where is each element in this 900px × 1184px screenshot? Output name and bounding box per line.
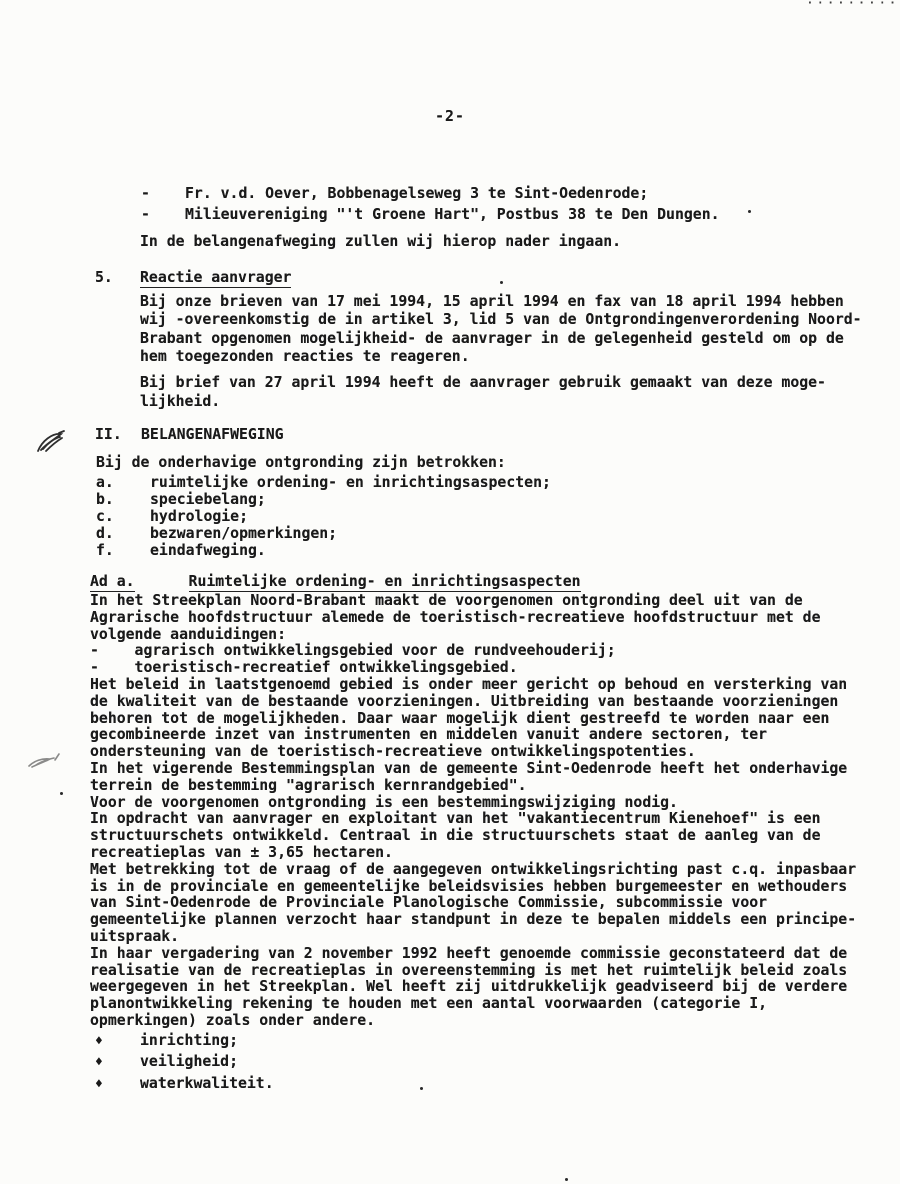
text-line: Met betrekking tot de vraag of de aangeg…: [90, 862, 856, 879]
note-line: In de belangenafweging zullen wij hierop…: [140, 233, 621, 250]
scan-speck: [565, 1178, 568, 1181]
text-line: Het beleid in laatstgenoemd gebied is on…: [90, 677, 856, 694]
text-line: hem toegezonden reacties te reageren.: [140, 348, 862, 366]
diamond-bullet-icon: ♦: [95, 1075, 140, 1095]
list-item: d.bezwaren/opmerkingen;: [96, 525, 551, 542]
text-line: Agrarische hoofdstructuur alemede de toe…: [90, 610, 856, 627]
ad-a-label: Ad a.: [90, 573, 135, 592]
dash-marker: -: [141, 204, 185, 225]
list-item-text: speciebelang;: [150, 491, 266, 508]
list-item: c.hydrologie;: [96, 508, 551, 525]
section-number: II.: [95, 426, 141, 443]
section-5-paragraph-1: Bij onze brieven van 17 mei 1994, 15 apr…: [140, 293, 862, 367]
corner-dotted-line: ·········: [806, 0, 899, 11]
text-line: realisatie van de recreatieplas in overe…: [90, 963, 856, 980]
list-item: b.speciebelang;: [96, 491, 551, 508]
list-item: -Milieuvereniging "'t Groene Hart", Post…: [141, 204, 720, 225]
list-item: a.ruimtelijke ordening- en inrichtingsas…: [96, 474, 551, 491]
text-line: van Sint-Oedenrode de Provinciale Planol…: [90, 895, 856, 912]
list-item: -Fr. v.d. Oever, Bobbenagelseweg 3 te Si…: [141, 183, 720, 204]
list-item-text: hydrologie;: [150, 508, 248, 525]
text-line: Bij brief van 27 april 1994 heeft de aan…: [140, 374, 826, 393]
list-item-text: ruimtelijke ordening- en inrichtingsaspe…: [150, 474, 551, 491]
text-line: recreatieplas van ± 3,65 hectaren.: [90, 845, 856, 862]
item-label: b.: [96, 491, 150, 508]
text-line: In opdracht van aanvrager en exploitant …: [90, 811, 856, 828]
text-line: weergegeven in het Streekplan. Wel heeft…: [90, 979, 856, 996]
margin-scribble-mark: [26, 752, 62, 774]
item-label: c.: [96, 508, 150, 525]
text-line: lijkheid.: [140, 393, 826, 412]
scan-speck: [500, 281, 503, 284]
list-item: ♦veiligheid;: [95, 1052, 274, 1073]
item-label: f.: [96, 542, 150, 559]
section-title: Reactie aanvrager: [140, 269, 291, 288]
text-line: opmerkingen) zoals onder andere.: [90, 1013, 856, 1030]
text-line: Voor de voorgenomen ontgronding is een b…: [90, 795, 856, 812]
text-line: - toeristisch-recreatief ontwikkelingsge…: [90, 660, 856, 677]
text-line: is in de provinciale en gemeentelijke be…: [90, 879, 856, 896]
text-line: Brabant opgenomen mogelijkheid- de aanvr…: [140, 330, 862, 348]
ad-a-title: Ruimtelijke ordening- en inrichtingsaspe…: [189, 573, 581, 592]
section-ii-intro: Bij de onderhavige ontgronding zijn betr…: [96, 454, 506, 471]
text-line: structuurschets ontwikkeld. Centraal in …: [90, 828, 856, 845]
list-item: ♦inrichting;: [95, 1031, 274, 1052]
section-number: 5.: [95, 269, 140, 286]
text-line: behoren tot de mogelijkheden. Daar waar …: [90, 711, 856, 728]
text-line: de kwaliteit van de bestaande voorzienin…: [90, 694, 856, 711]
ad-a-heading: Ad a.Ruimtelijke ordening- en inrichting…: [90, 573, 581, 590]
list-item-text: waterkwaliteit.: [140, 1075, 274, 1092]
item-label: a.: [96, 474, 150, 491]
text-line: volgende aanduidingen:: [90, 627, 856, 644]
section-ii-list: a.ruimtelijke ordening- en inrichtingsas…: [96, 474, 551, 559]
list-item: ♦waterkwaliteit.: [95, 1074, 274, 1095]
text-line: Bij onze brieven van 17 mei 1994, 15 apr…: [140, 293, 862, 311]
list-item-text: Milieuvereniging "'t Groene Hart", Postb…: [185, 206, 720, 223]
list-item-text: veiligheid;: [140, 1053, 238, 1070]
scan-speck: [748, 210, 751, 213]
text-line: In het Streekplan Noord-Brabant maakt de…: [90, 593, 856, 610]
section-ii-heading: II.BELANGENAFWEGING: [95, 426, 284, 443]
text-line: In het vigerende Bestemmingsplan van de …: [90, 761, 856, 778]
recipient-list: -Fr. v.d. Oever, Bobbenagelseweg 3 te Si…: [141, 183, 720, 225]
list-item-text: inrichting;: [140, 1032, 238, 1049]
list-item-text: bezwaren/opmerkingen;: [150, 525, 337, 542]
scan-speck: [60, 792, 63, 795]
text-line: - agrarisch ontwikkelingsgebied voor de …: [90, 643, 856, 660]
dash-marker: -: [141, 183, 185, 204]
section-5-heading: 5.Reactie aanvrager: [95, 269, 291, 286]
list-item: f.eindafweging.: [96, 542, 551, 559]
text-line: In haar vergadering van 2 november 1992 …: [90, 946, 856, 963]
scanned-document-page: { "colors": { "paper": "#fcfcfa", "ink":…: [0, 0, 900, 1184]
conditions-bullet-list: ♦inrichting; ♦veiligheid; ♦waterkwalitei…: [95, 1031, 274, 1095]
ad-a-body: In het Streekplan Noord-Brabant maakt de…: [90, 593, 856, 1030]
text-line: wij -overeenkomstig de in artikel 3, lid…: [140, 311, 862, 329]
page-number: -2-: [0, 108, 900, 125]
text-line: gecombineerde inzet van instrumenten en …: [90, 727, 856, 744]
list-item-text: eindafweging.: [150, 542, 266, 559]
text-line: terrein de bestemming "agrarisch kernran…: [90, 778, 856, 795]
diamond-bullet-icon: ♦: [95, 1053, 140, 1073]
diamond-bullet-icon: ♦: [95, 1032, 140, 1052]
text-line: uitspraak.: [90, 929, 856, 946]
section-title: BELANGENAFWEGING: [141, 426, 284, 443]
list-item-text: Fr. v.d. Oever, Bobbenagelseweg 3 te Sin…: [185, 185, 648, 202]
section-5-paragraph-2: Bij brief van 27 april 1994 heeft de aan…: [140, 374, 826, 411]
text-line: ondersteuning van de toeristisch-recreat…: [90, 744, 856, 761]
text-line: gemeentelijke plannen verzocht haar stan…: [90, 912, 856, 929]
text-line: planontwikkeling rekening te houden met …: [90, 996, 856, 1013]
scan-speck: [420, 1087, 423, 1090]
margin-scribble-mark: [34, 429, 68, 457]
item-label: d.: [96, 525, 150, 542]
